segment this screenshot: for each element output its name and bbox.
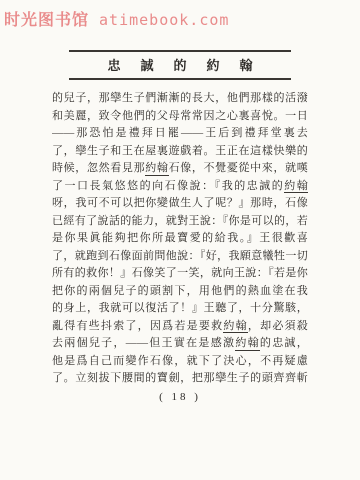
body-text: 的兒子，那孿生子們漸漸的長大，他們那樣的活潑和美麗，致令他們的父母常常因之心裏喜… xyxy=(52,90,308,388)
text-line: 的兒子，那孿生子們漸漸的長大，他們那樣的活潑 xyxy=(52,90,308,108)
chapter-title-block: 忠誠的約翰 xyxy=(69,50,291,80)
scanned-book-page: 时光图书馆 atimebook.com 忠誠的約翰 的兒子，那孿生子們漸漸的長大… xyxy=(0,0,360,480)
proper-name-mark: 約翰 xyxy=(223,320,247,334)
text-line: ——那恐怕是禮拜日罷——王后到禮拜堂裏去 xyxy=(52,125,308,143)
proper-name-mark: 約翰 xyxy=(145,162,168,176)
watermark: 时光图书馆 atimebook.com xyxy=(4,7,229,30)
proper-name-mark: 約翰 xyxy=(284,180,308,194)
text-line: 是你果眞能夠把你所最寶愛的給我。』王很歡喜 xyxy=(52,230,308,248)
text-line: 了，就跑到石像面前問他說：『好，我願意犧牲一切 xyxy=(52,248,308,266)
text-line: 了，孿生子和王在屋裏遊戲着。王正在這樣快樂的 xyxy=(52,143,308,161)
chapter-title: 忠誠的約翰 xyxy=(69,58,291,73)
text-line: 他是爲自己而變作石像，就下了決心，不再疑慮 xyxy=(52,353,308,371)
text-line: 了一口長氣悠悠的向石像說：『我的忠誠的約翰 xyxy=(52,178,308,196)
text-line: 和美麗，致令他們的父母常常因之心裏喜悅。一日 xyxy=(52,108,308,126)
text-line: 時候，忽然看見那約翰石像，不覺憂從中來，就嘆 xyxy=(52,160,308,178)
text-line: 呀，我可不可以把你變做生人了呢？』那時，石像 xyxy=(52,195,308,213)
page-number: ( 18 ) xyxy=(0,391,360,403)
watermark-site-url: atimebook.com xyxy=(99,11,229,29)
text-line: 的身上，我就可以復活了！』王聽了，十分驚駭，震 xyxy=(52,300,308,318)
watermark-site-name: 时光图书馆 xyxy=(4,7,89,30)
proper-name-mark: 約翰 xyxy=(235,337,260,351)
text-line: 去兩個兒子，——但王實在是感激約翰的忠誠， xyxy=(52,335,308,353)
text-line: 所有的救你！』石像笑了一笑，就向王說：『若是你 xyxy=(52,265,308,283)
text-line: 了。立刻拔下腰間的寶劍，把那孿生子的頭齊齊斬 xyxy=(52,370,308,388)
text-line: 把你的兩個兒子的頭割下，用他們的熱血塗在我 xyxy=(52,283,308,301)
text-line: 亂得有些抖索了，因爲若是要救約翰，却必須殺 xyxy=(52,318,308,336)
text-line: 已經有了說話的能力，就對王說：『你是可以的，若 xyxy=(52,213,308,231)
